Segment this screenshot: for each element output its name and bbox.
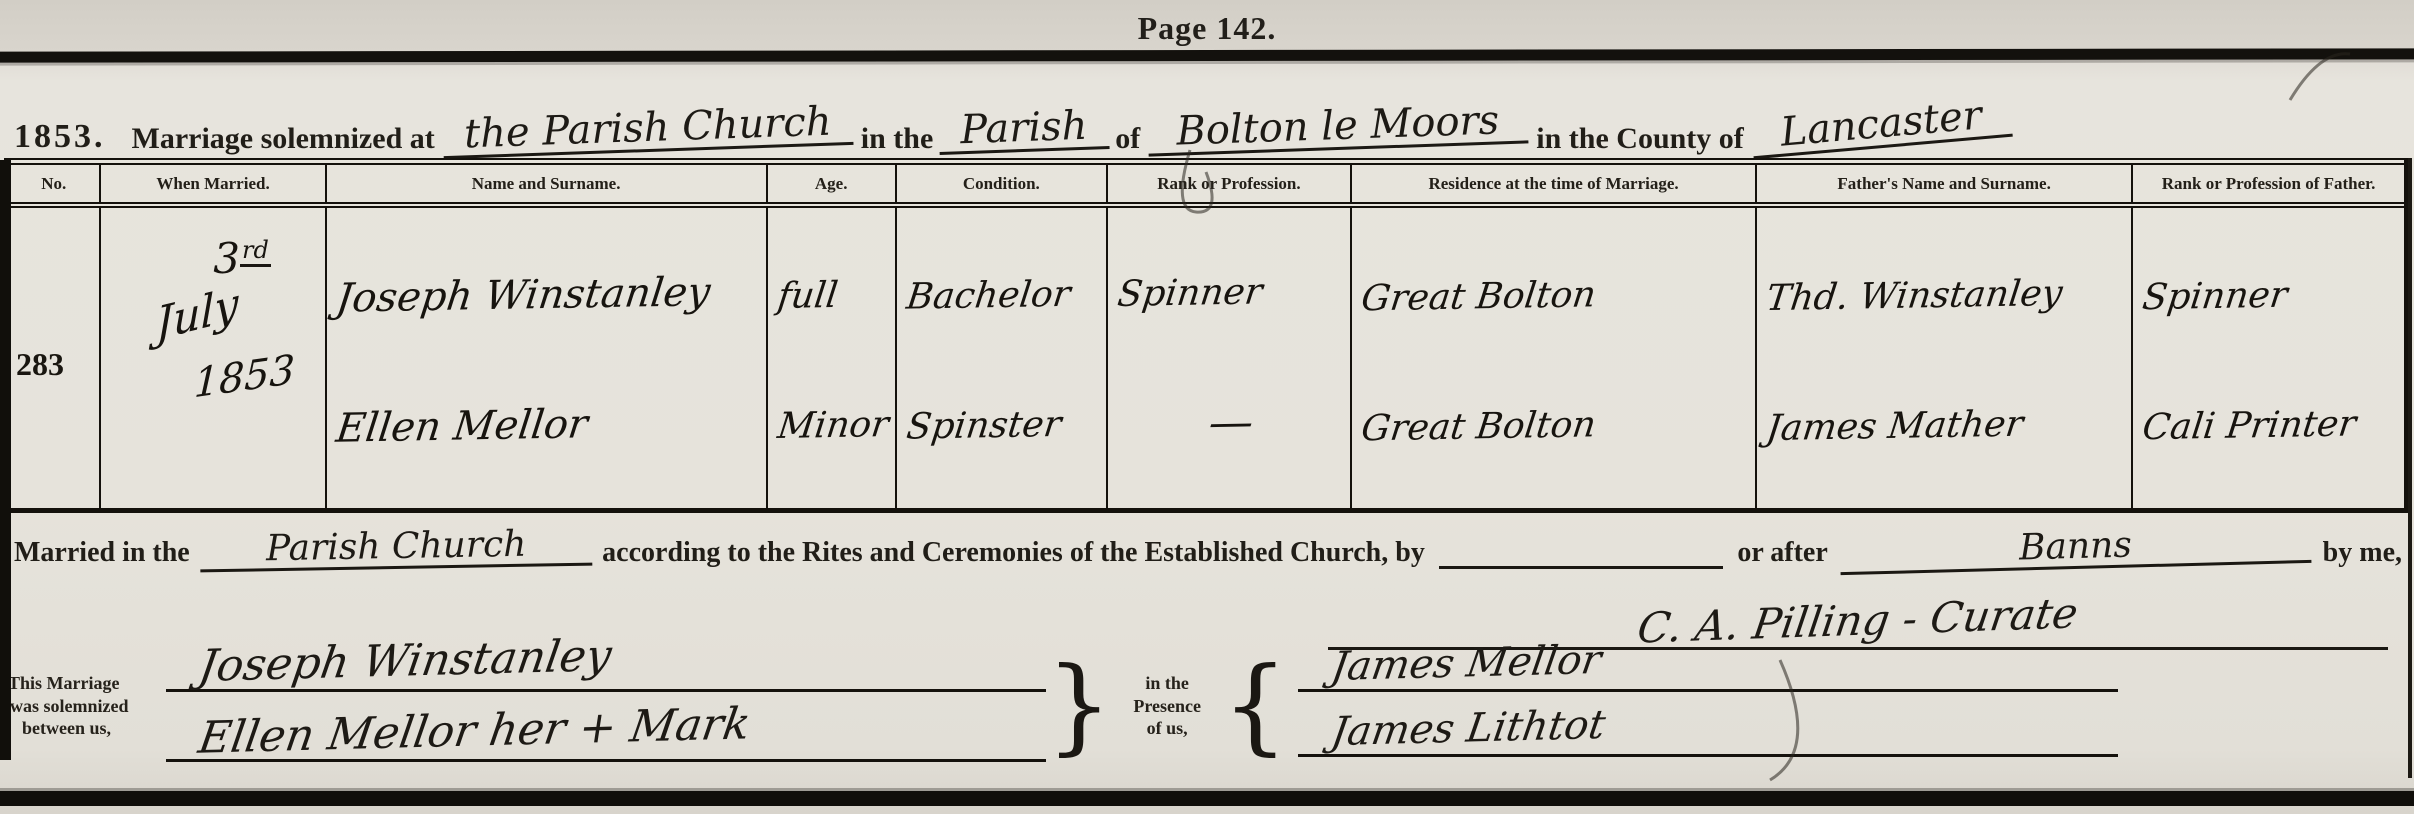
bride-signature-line: Ellen Mellor her + Mark (166, 706, 1046, 762)
col-header-no: No. (8, 165, 101, 202)
register-table: No. When Married. Name and Surname. Age.… (4, 158, 2408, 513)
bride-name: Ellen Mellor (333, 398, 762, 451)
ceremony-printed-3: or after (1737, 537, 1827, 569)
cell-ranks: Spinner — (1108, 208, 1352, 508)
ceremony-printed-2: according to the Rites and Ceremonies of… (602, 537, 1425, 569)
presence-line1: in the (1112, 672, 1222, 695)
headline-printed-4: in the County of (1536, 122, 1744, 156)
page-number: Page 142. (1138, 10, 1277, 47)
table-entry-row: 283 3rd July 1853 Joseph Winstanley Elle… (8, 208, 2404, 513)
headline-written-district: Parish (938, 104, 1109, 155)
attestation-label: This Marriage was solemnized between us, (8, 672, 160, 740)
right-sheet-edge (2408, 158, 2412, 778)
presence-line3: of us, (1112, 717, 1222, 740)
headline-written-county: Lancaster (1750, 92, 2013, 159)
entry-number: 283 (16, 346, 64, 383)
presence-line2: Presence (1112, 695, 1222, 718)
date-ordinal: rd (240, 236, 271, 267)
marriage-register-scan: Page 142. 1853. Marriage solemnized at t… (0, 0, 2414, 814)
page-top-margin: Page 142. (0, 0, 2414, 52)
date-year: 1853 (164, 342, 325, 411)
witness1-signature: James Mellor (1294, 637, 1605, 693)
witness1-signature-line: James Mellor (1298, 641, 2118, 692)
cell-when-married: 3rd July 1853 (101, 208, 326, 508)
attestation-label-line1: This Marriage (8, 672, 160, 695)
headline-written-parish: Bolton le Moors (1147, 98, 1528, 156)
witness-signatures: James Mellor James Lithtot (1298, 641, 2118, 771)
cell-father-names: Thd. Winstanley James Mather (1757, 208, 2133, 508)
bottom-rule (0, 791, 2414, 806)
col-header-name: Name and Surname. (327, 165, 768, 202)
groom-residence: Great Bolton (1359, 271, 1752, 319)
cell-father-ranks: Spinner Cali Printer (2133, 208, 2404, 508)
col-header-age: Age. (768, 165, 897, 202)
col-header-rank: Rank or Profession. (1108, 165, 1352, 202)
bride-age: Minor (775, 404, 892, 447)
table-header-row: No. When Married. Name and Surname. Age.… (8, 158, 2404, 208)
cell-residences: Great Bolton Great Bolton (1352, 208, 1757, 508)
bride-father-name: James Mather (1764, 401, 2128, 448)
bride-residence: Great Bolton (1359, 401, 1752, 449)
left-brace-glyph: { (1222, 659, 1288, 753)
cell-conditions: Bachelor Spinster (897, 208, 1108, 508)
attestation-label-line3: between us, (22, 717, 160, 740)
headline-written-place: the Parish Church (442, 100, 853, 159)
ceremony-written-church: Parish Church (199, 525, 592, 573)
headline-printed-3: of (1115, 122, 1140, 156)
bride-condition: Spinster (904, 403, 1102, 447)
headline-printed-2: in the (861, 122, 934, 156)
groom-father-rank: Spinner (2140, 272, 2400, 317)
ceremony-printed-1: Married in the (14, 537, 190, 569)
ceremony-line: Married in the Parish Church according t… (14, 528, 2402, 569)
presence-label: in the Presence of us, (1112, 672, 1222, 740)
groom-signature: Joseph Winstanley (161, 630, 615, 695)
groom-age: full (775, 274, 892, 317)
top-rule (0, 48, 2414, 62)
bride-rank: — (1114, 395, 1347, 450)
groom-name: Joseph Winstanley (333, 268, 762, 321)
right-brace-glyph: } (1046, 659, 1112, 753)
left-binding-edge (0, 160, 11, 760)
ceremony-written-banns: Banns (1839, 522, 2311, 575)
cell-ages: full Minor (768, 208, 897, 508)
groom-father-name: Thd. Winstanley (1764, 271, 2128, 318)
groom-rank: Spinner (1115, 270, 1347, 315)
groom-condition: Bachelor (904, 273, 1102, 317)
couple-signatures: Joseph Winstanley Ellen Mellor her + Mar… (166, 636, 1046, 776)
witness2-signature-line: James Lithtot (1298, 706, 2118, 757)
cell-names: Joseph Winstanley Ellen Mellor (327, 208, 768, 508)
groom-signature-line: Joseph Winstanley (166, 636, 1046, 692)
col-header-when-married: When Married. (101, 165, 326, 202)
col-header-residence: Residence at the time of Marriage. (1352, 165, 1757, 202)
attestation-block: This Marriage was solemnized between us,… (8, 636, 2414, 776)
col-header-condition: Condition. (897, 165, 1108, 202)
ceremony-printed-4: by me, (2323, 537, 2402, 569)
attestation-label-line2: was solemnized (10, 695, 160, 718)
bride-father-rank: Cali Printer (2140, 402, 2400, 447)
marriage-date: 3rd July 1853 (101, 234, 324, 400)
headline-year: 1853. (14, 118, 106, 156)
register-headline: 1853. Marriage solemnized at the Parish … (14, 72, 2404, 156)
col-header-father-rank: Rank or Profession of Father. (2133, 165, 2404, 202)
bride-signature: Ellen Mellor her + Mark (161, 698, 754, 766)
witness2-signature: James Lithtot (1294, 702, 1609, 758)
headline-printed-1: Marriage solemnized at (132, 122, 435, 156)
col-header-father-name: Father's Name and Surname. (1757, 165, 2133, 202)
ceremony-blank-by (1439, 532, 1724, 569)
